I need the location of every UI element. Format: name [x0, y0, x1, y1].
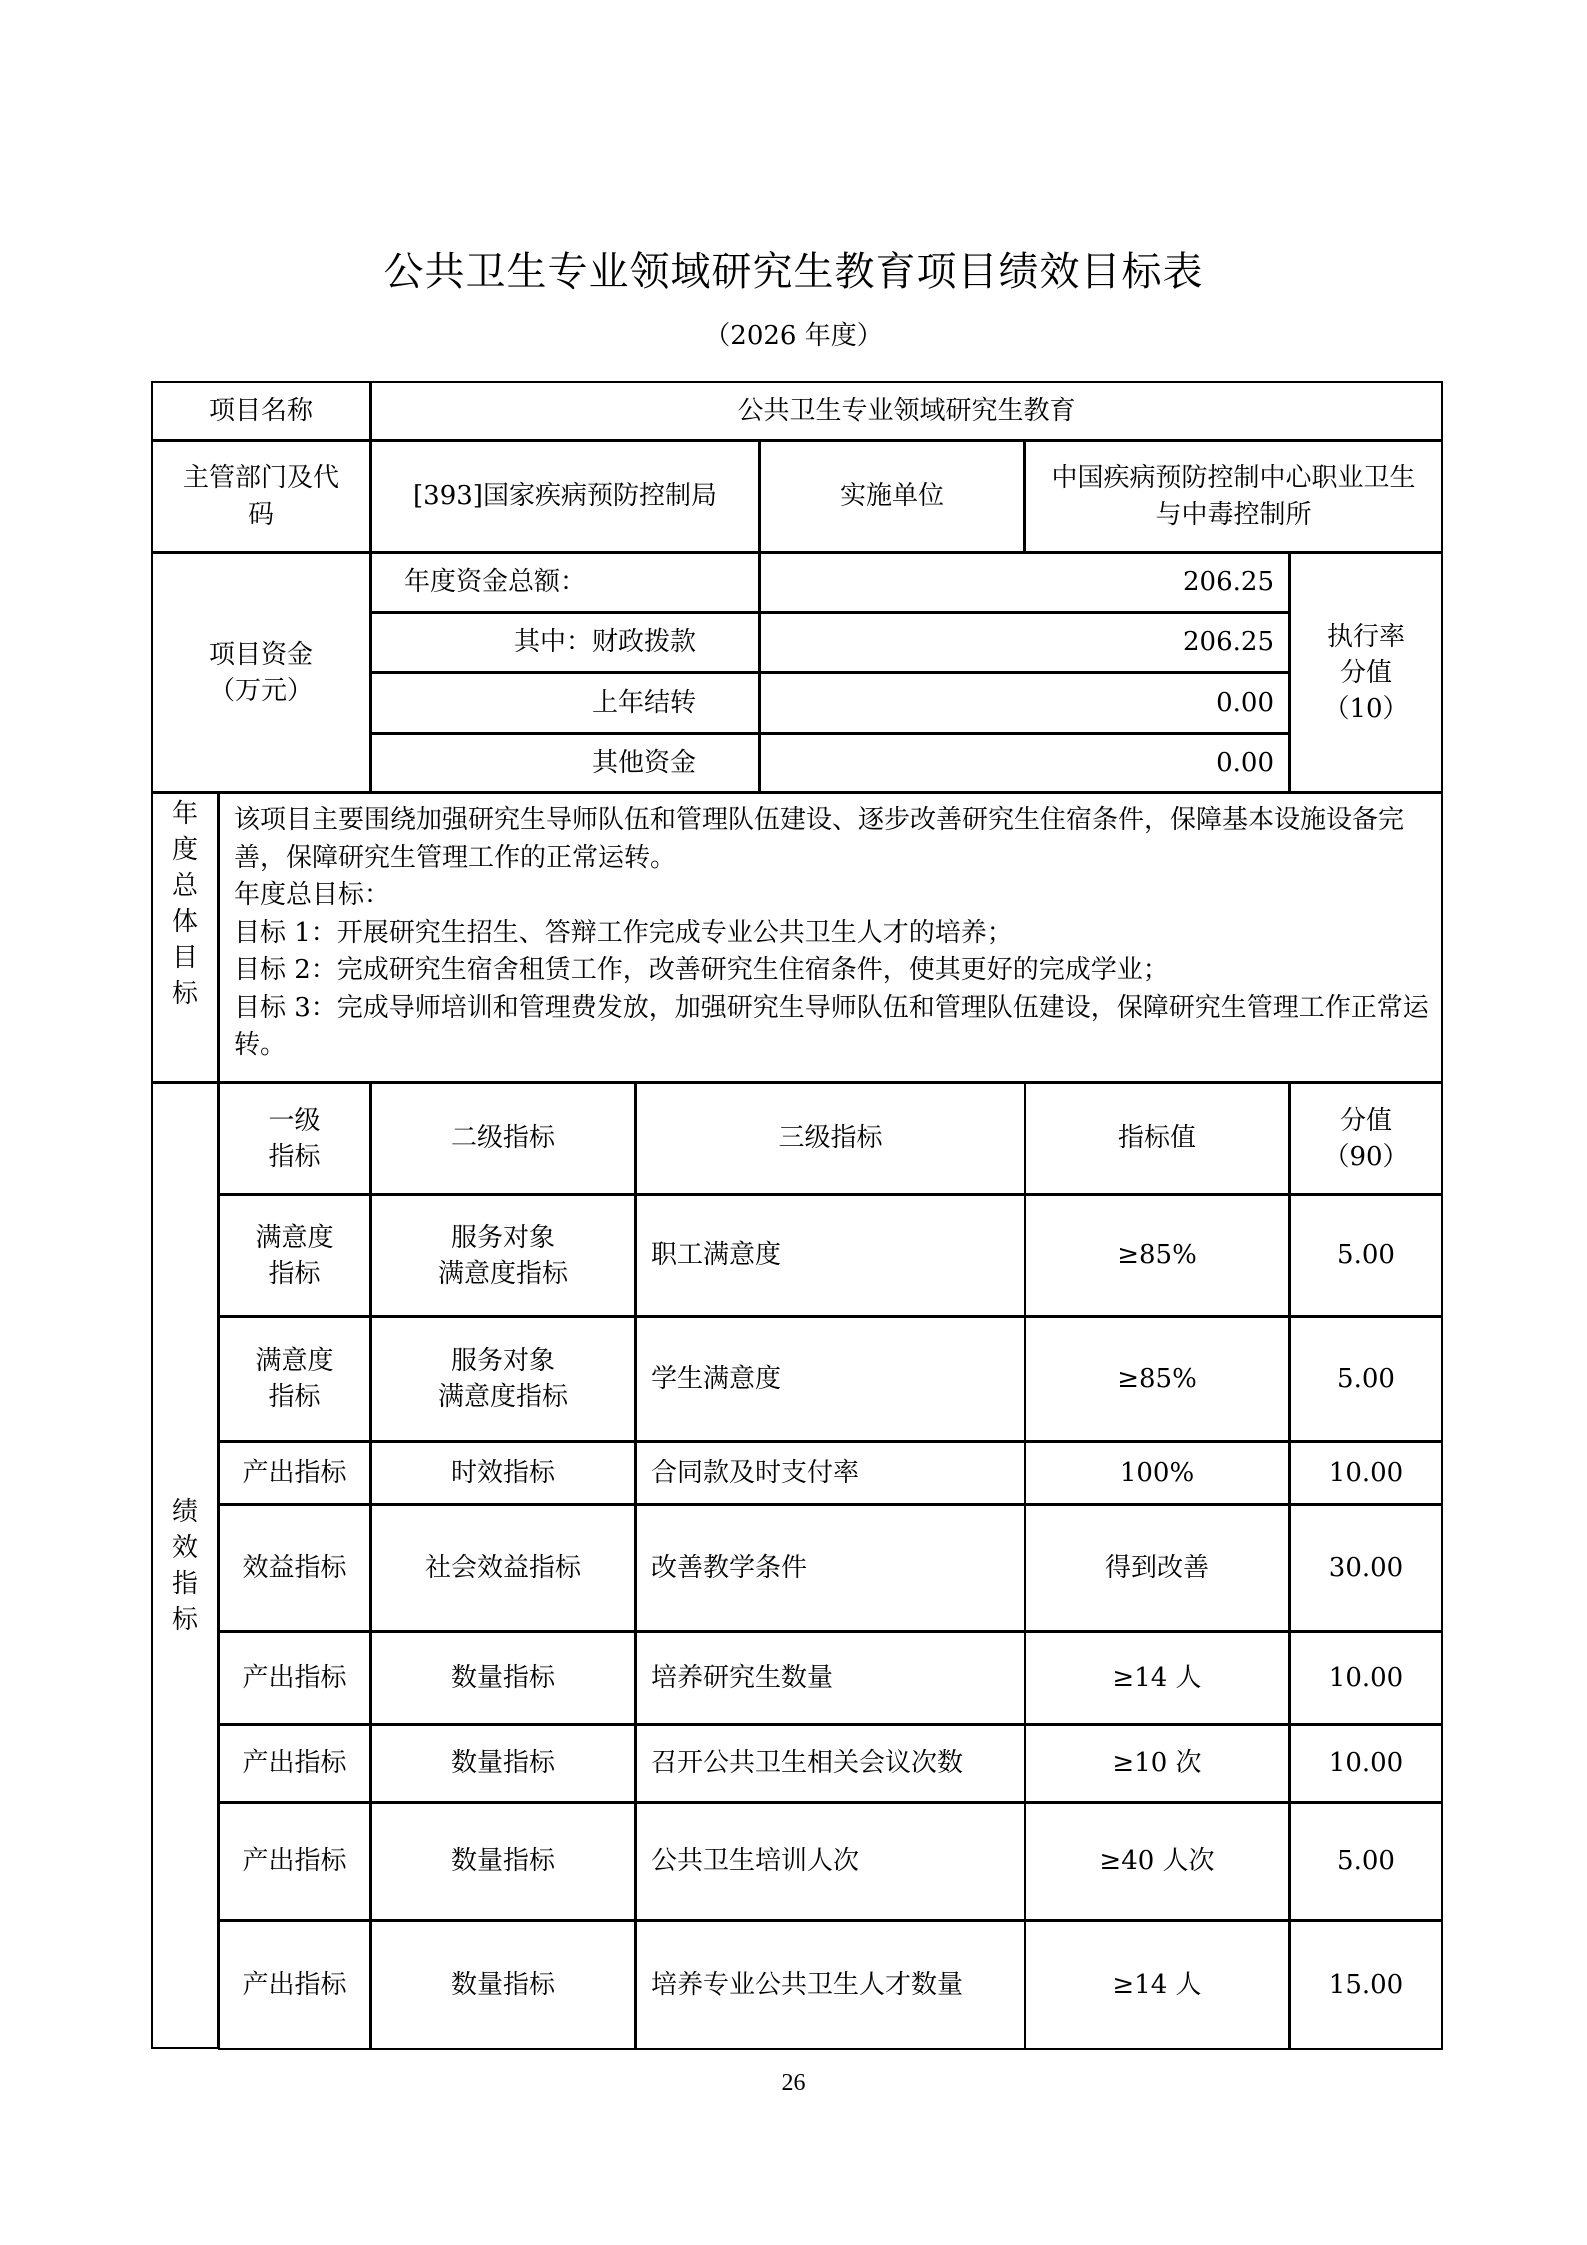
page-title: 公共卫生专业领域研究生教育项目绩效目标表 — [0, 240, 1587, 297]
indicator-level1: 产出指标 — [218, 1920, 371, 2050]
level2-line2: 满意度指标 — [438, 1256, 568, 1292]
goal-1: 目标 1：开展研究生招生、答辩工作完成专业公共卫生人才的培养； — [234, 915, 1429, 953]
goal-2: 目标 2：完成研究生宿舍租赁工作，改善研究生住宿条件，使其更好的完成学业； — [234, 952, 1429, 990]
exec-rate-score-label: 执行率 分值 （10） — [1289, 552, 1443, 793]
funds-fiscal-label: 其中：财政拨款 — [370, 612, 760, 673]
indicator-target: ≥14 人 — [1024, 1920, 1290, 2050]
level1-line1: 满意度 — [255, 1343, 333, 1379]
exec-rate-line1: 执行率 — [1327, 619, 1405, 655]
indicator-score: 5.00 — [1289, 1316, 1443, 1442]
annual-goal-text: 该项目主要围绕加强研究生导师队伍和管理队伍建设、逐步改善研究生住宿条件，保障基本… — [218, 792, 1443, 1083]
funds-label-line2: （万元） — [209, 673, 313, 709]
indicator-target: ≥85% — [1024, 1194, 1290, 1317]
indicator-level2: 服务对象 满意度指标 — [370, 1194, 636, 1317]
header-target: 指标值 — [1024, 1082, 1290, 1195]
indicator-level1: 效益指标 — [218, 1504, 371, 1632]
indicator-score: 10.00 — [1289, 1441, 1443, 1505]
indicator-level2: 数量指标 — [370, 1920, 636, 2050]
indicator-score: 5.00 — [1289, 1802, 1443, 1921]
indicator-label-char: 标 — [172, 1602, 198, 1638]
level2-line1: 服务对象 — [451, 1220, 555, 1256]
header-level1: 一级 指标 — [218, 1082, 371, 1195]
indicator-score: 10.00 — [1289, 1631, 1443, 1725]
indicator-target: ≥85% — [1024, 1316, 1290, 1442]
header-level1-line2: 指标 — [268, 1139, 320, 1175]
goal-label-char: 标 — [172, 976, 198, 1012]
dept-label: 主管部门及代码 — [151, 440, 371, 553]
goal-label-char: 年 — [172, 796, 198, 832]
funds-label: 项目资金 （万元） — [151, 552, 371, 793]
funds-total-label: 年度资金总额： — [370, 552, 760, 613]
indicator-target: ≥14 人 — [1024, 1631, 1290, 1725]
indicator-label-char: 指 — [172, 1566, 198, 1602]
header-level3: 三级指标 — [635, 1082, 1026, 1195]
unit-label: 实施单位 — [759, 440, 1025, 553]
goal-3: 目标 3：完成导师培训和管理费发放，加强研究生导师队伍和管理队伍建设，保障研究生… — [234, 990, 1429, 1065]
indicator-score: 30.00 — [1289, 1504, 1443, 1632]
indicator-level2: 数量指标 — [370, 1724, 636, 1803]
indicator-level3: 职工满意度 — [635, 1194, 1026, 1317]
funds-total-value: 206.25 — [759, 552, 1290, 613]
indicator-level3: 合同款及时支付率 — [635, 1441, 1026, 1505]
funds-carryover-value: 0.00 — [759, 672, 1290, 734]
header-level2: 二级指标 — [370, 1082, 636, 1195]
level2-line1: 服务对象 — [451, 1343, 555, 1379]
funds-fiscal-value: 206.25 — [759, 612, 1290, 673]
indicator-level1: 满意度 指标 — [218, 1316, 371, 1442]
goal-label-char: 目 — [172, 940, 198, 976]
header-score-line1: 分值 — [1340, 1103, 1392, 1139]
funds-label-line1: 项目资金 — [209, 637, 313, 673]
indicator-level3: 公共卫生培训人次 — [635, 1802, 1026, 1921]
indicator-target: ≥10 次 — [1024, 1724, 1290, 1803]
indicator-level3: 学生满意度 — [635, 1316, 1026, 1442]
indicator-level2: 时效指标 — [370, 1441, 636, 1505]
header-score-line2: （90） — [1323, 1139, 1408, 1175]
goal-label-char: 总 — [172, 868, 198, 904]
indicator-level3: 培养研究生数量 — [635, 1631, 1026, 1725]
indicator-level3: 改善教学条件 — [635, 1504, 1026, 1632]
indicator-level1: 满意度 指标 — [218, 1194, 371, 1317]
indicator-label-char: 效 — [172, 1530, 198, 1566]
project-name-value: 公共卫生专业领域研究生教育 — [370, 381, 1443, 441]
level1-line2: 指标 — [268, 1256, 320, 1292]
exec-rate-line2: 分值 — [1340, 655, 1392, 691]
header-score: 分值 （90） — [1289, 1082, 1443, 1195]
indicators-label: 绩 效 指 标 — [151, 1082, 219, 2049]
dept-value: [393]国家疾病预防控制局 — [370, 440, 760, 553]
indicator-target: 100% — [1024, 1441, 1290, 1505]
level1-line1: 满意度 — [255, 1220, 333, 1256]
header-level1-line1: 一级 — [268, 1103, 320, 1139]
indicator-level2: 数量指标 — [370, 1802, 636, 1921]
performance-target-table: 项目名称 公共卫生专业领域研究生教育 主管部门及代码 [393]国家疾病预防控制… — [152, 382, 1443, 2050]
indicator-level1: 产出指标 — [218, 1631, 371, 1725]
page-subtitle: （2026 年度） — [0, 315, 1587, 352]
indicator-score: 10.00 — [1289, 1724, 1443, 1803]
indicator-level1: 产出指标 — [218, 1724, 371, 1803]
indicator-level3: 培养专业公共卫生人才数量 — [635, 1920, 1026, 2050]
exec-rate-line3: （10） — [1323, 691, 1408, 727]
goal-heading: 年度总目标： — [234, 877, 1429, 915]
indicator-level2: 服务对象 满意度指标 — [370, 1316, 636, 1442]
indicator-level3: 召开公共卫生相关会议次数 — [635, 1724, 1026, 1803]
indicator-target: 得到改善 — [1024, 1504, 1290, 1632]
indicator-target: ≥40 人次 — [1024, 1802, 1290, 1921]
annual-goal-label: 年 度 总 体 目 标 — [151, 792, 219, 1083]
indicator-level2: 社会效益指标 — [370, 1504, 636, 1632]
indicator-score: 5.00 — [1289, 1194, 1443, 1317]
goal-label-char: 度 — [172, 832, 198, 868]
goal-label-char: 体 — [172, 904, 198, 940]
indicator-score: 15.00 — [1289, 1920, 1443, 2050]
indicator-label-char: 绩 — [172, 1494, 198, 1530]
unit-value: 中国疾病预防控制中心职业卫生与中毒控制所 — [1024, 440, 1443, 553]
page-number: 26 — [0, 2070, 1587, 2097]
goal-intro: 该项目主要围绕加强研究生导师队伍和管理队伍建设、逐步改善研究生住宿条件，保障基本… — [234, 802, 1429, 877]
indicator-level2: 数量指标 — [370, 1631, 636, 1725]
level1-line2: 指标 — [268, 1379, 320, 1415]
funds-other-label: 其他资金 — [370, 733, 760, 793]
level2-line2: 满意度指标 — [438, 1379, 568, 1415]
project-name-label: 项目名称 — [151, 381, 371, 441]
indicator-level1: 产出指标 — [218, 1802, 371, 1921]
funds-carryover-label: 上年结转 — [370, 672, 760, 734]
funds-other-value: 0.00 — [759, 733, 1290, 793]
indicator-level1: 产出指标 — [218, 1441, 371, 1505]
